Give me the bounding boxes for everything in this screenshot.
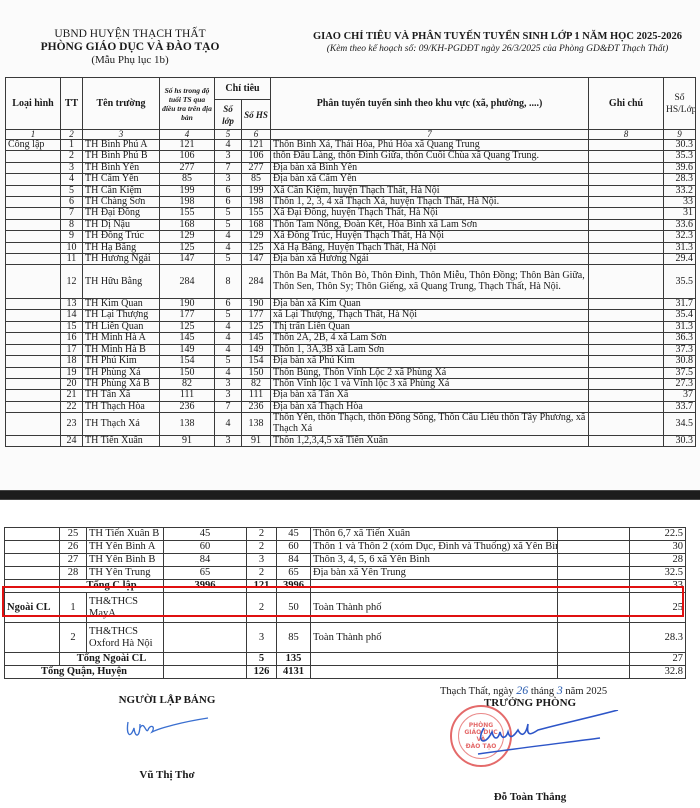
grand-total-row: Tổng Quận, Huyện126413132.8 <box>5 666 686 679</box>
school-name: TH Bình Phú B <box>83 151 160 162</box>
school-type-cell <box>5 554 60 567</box>
surveyed-count: 111 <box>160 390 215 401</box>
note-cell <box>589 435 664 446</box>
school-name: TH Hữu Bằng <box>83 265 160 299</box>
class-count: 4 <box>215 140 242 151</box>
student-quota: 82 <box>242 378 271 389</box>
surveyed-count <box>164 593 247 623</box>
school-type-cell <box>6 185 61 196</box>
col-header-note: Ghi chú <box>589 78 664 130</box>
student-quota: 111 <box>242 390 271 401</box>
document-subtitle: (Kèm theo kế hoạch số: 09/KH-PGDĐT ngày … <box>305 43 690 56</box>
surveyed-count: 138 <box>160 413 215 435</box>
school-type-cell <box>5 653 60 666</box>
student-quota: 190 <box>242 299 271 310</box>
school-type-cell <box>6 242 61 253</box>
class-count: 3 <box>215 151 242 162</box>
table-row: 7TH Đại Đồng1555155Xã Đại Đồng, huyện Th… <box>6 208 696 219</box>
enrollment-zone <box>311 666 558 679</box>
student-quota: 168 <box>242 219 271 230</box>
surveyed-count: 277 <box>160 162 215 173</box>
student-quota: 198 <box>242 197 271 208</box>
school-type-cell <box>5 623 60 653</box>
enrollment-zone: xã Lại Thượng, Thạch Thất, Hà Nội <box>271 310 589 321</box>
column-index-cell: 6 <box>242 130 271 140</box>
student-quota: 50 <box>277 593 311 623</box>
surveyed-count: 198 <box>160 197 215 208</box>
document-page-2: 25TH Tiến Xuân B45245Thôn 6,7 xã Tiến Xu… <box>0 500 700 808</box>
total-per-class: 27 <box>630 653 686 666</box>
students-per-class: 25 <box>630 593 686 623</box>
class-count: 2 <box>247 541 277 554</box>
issuer-parent-org: UBND HUYỆN THẠCH THẤT <box>30 28 230 41</box>
note-cell <box>589 197 664 208</box>
school-name: TH Tân Xã <box>83 390 160 401</box>
surveyed-count: 65 <box>164 567 247 580</box>
school-type-cell <box>6 344 61 355</box>
table-row: 17TH Minh Hà B1494149Thôn 1, 3A,3B xã La… <box>6 344 696 355</box>
surveyed-count: 45 <box>164 528 247 541</box>
table-row: 28TH Yên Trung65265Địa bàn xã Yên Trung3… <box>5 567 686 580</box>
class-count: 2 <box>247 593 277 623</box>
date-month: 3 <box>557 683 563 697</box>
school-name: TH Phú Kim <box>83 356 160 367</box>
table-row: 27TH Yên Bình B84384Thôn 3, 4, 5, 6 xã Y… <box>5 554 686 567</box>
surveyed-count: 82 <box>160 378 215 389</box>
enrollment-zone: Thôn Yên, thôn Thạch, thôn Đồng Sống, Th… <box>271 413 589 435</box>
school-type-cell: Ngoài CL <box>5 593 60 623</box>
total-classes: 126 <box>247 666 277 679</box>
students-per-class: 37.3 <box>664 344 696 355</box>
school-name: TH Tiến Xuân <box>83 435 160 446</box>
school-name: TH Thạch Xá <box>83 413 160 435</box>
form-label: (Mẫu Phụ lục 1b) <box>30 54 230 67</box>
total-students: 135 <box>277 653 311 666</box>
school-name: TH&THCSMayA <box>87 593 164 623</box>
enrollment-zone: Địa bàn xã Phú Kim <box>271 356 589 367</box>
surveyed-count: 121 <box>160 140 215 151</box>
table-row: 25TH Tiến Xuân B45245Thôn 6,7 xã Tiến Xu… <box>5 528 686 541</box>
student-quota: 177 <box>242 310 271 321</box>
students-per-class: 30.3 <box>664 435 696 446</box>
row-number: 6 <box>61 197 83 208</box>
enrollment-zone: Xã Đại Đồng, huyện Thạch Thất, Hà Nội <box>271 208 589 219</box>
note-cell <box>558 567 630 580</box>
col-header-type: Loại hình <box>6 78 61 130</box>
students-per-class: 22.5 <box>630 528 686 541</box>
document-page-1: UBND HUYỆN THẠCH THẤT PHÒNG GIÁO DỤC VÀ … <box>0 0 700 490</box>
note-cell <box>558 653 630 666</box>
students-per-class: 33.2 <box>664 185 696 196</box>
issuer-org: PHÒNG GIÁO DỤC VÀ ĐÀO TẠO <box>30 41 230 54</box>
school-name: TH Minh Hà A <box>83 333 160 344</box>
class-count: 7 <box>215 401 242 412</box>
col-header-school: Tên trường <box>83 78 160 130</box>
school-type-cell <box>6 356 61 367</box>
enrollment-zone: Thôn Bùng, Thôn Vĩnh Lộc 2 xã Phùng Xá <box>271 367 589 378</box>
student-quota: 155 <box>242 208 271 219</box>
students-per-class: 35.3 <box>664 151 696 162</box>
head-role: TRƯỞNG PHÒNG <box>400 697 660 709</box>
date-day: 26 <box>516 683 528 697</box>
class-count: 2 <box>247 567 277 580</box>
enrollment-zone: Địa bàn xã Kim Quan <box>271 299 589 310</box>
note-cell <box>589 219 664 230</box>
row-number: 16 <box>61 333 83 344</box>
row-number: 15 <box>61 321 83 332</box>
enrollment-zone: Toàn Thành phố <box>311 623 558 653</box>
subtotal-surveyed: 3996 <box>164 580 247 593</box>
enrollment-zone: Thôn 1, 2, 3, 4 xã Thạch Xá, huyện Thạch… <box>271 197 589 208</box>
class-count: 4 <box>215 413 242 435</box>
surveyed-count: 199 <box>160 185 215 196</box>
preparer-signature-icon <box>122 714 212 744</box>
class-count: 4 <box>215 242 242 253</box>
col-header-surveyed: Số hs trong độ tuổi TS qua điều tra trên… <box>160 78 215 130</box>
surveyed-count: 177 <box>160 310 215 321</box>
signature-head: Thạch Thất, ngày 26 tháng 3 năm 2025 TRƯ… <box>400 683 660 709</box>
surveyed-count: 85 <box>160 174 215 185</box>
note-cell <box>558 593 630 623</box>
school-type-cell <box>6 208 61 219</box>
row-number: 7 <box>61 208 83 219</box>
note-cell <box>589 401 664 412</box>
document-title-block: GIAO CHỈ TIÊU VÀ PHÂN TUYẾN TUYỂN SINH L… <box>305 30 690 56</box>
enrollment-zone: Toàn Thành phố <box>311 593 558 623</box>
school-type-cell: Công lập <box>6 140 61 151</box>
enrollment-zone: Thôn Vĩnh lộc 1 và Vĩnh lộc 3 xã Phùng X… <box>271 378 589 389</box>
student-quota: 138 <box>242 413 271 435</box>
student-quota: 199 <box>242 185 271 196</box>
total-students: 4131 <box>277 666 311 679</box>
school-type-cell <box>6 231 61 242</box>
school-name: TH Đồng Trúc <box>83 231 160 242</box>
school-type-cell <box>6 367 61 378</box>
class-count: 3 <box>215 174 242 185</box>
enrollment-zone: Thôn Bình Xá, Thái Hòa, Phú Hòa xã Quang… <box>271 140 589 151</box>
enrollment-zone: Thôn 1 và Thôn 2 (xóm Dục, Đình và Thuốn… <box>311 541 558 554</box>
column-index-cell: 1 <box>6 130 61 140</box>
school-type-cell <box>5 580 60 593</box>
column-index-cell: 8 <box>589 130 664 140</box>
surveyed-count <box>164 653 247 666</box>
school-type-cell <box>6 197 61 208</box>
students-per-class: 33.6 <box>664 219 696 230</box>
note-cell <box>589 310 664 321</box>
row-number: 28 <box>60 567 87 580</box>
class-count: 5 <box>215 254 242 265</box>
student-quota: 125 <box>242 242 271 253</box>
students-per-class: 34.5 <box>664 413 696 435</box>
students-per-class: 35.5 <box>664 265 696 299</box>
total-per-class: 32.8 <box>630 666 686 679</box>
school-name: TH Thạch Hòa <box>83 401 160 412</box>
school-name: TH Chàng Sơn <box>83 197 160 208</box>
class-count: 6 <box>215 197 242 208</box>
table-row-highlighted: Ngoài CL1TH&THCSMayA250Toàn Thành phố25 <box>5 593 686 623</box>
school-name: TH Phùng Xá <box>83 367 160 378</box>
table-row: 10TH Hạ Bằng1254125Xã Hạ Bằng, Huyện Thạ… <box>6 242 696 253</box>
enrollment-zone: Địa bàn xã Tân Xã <box>271 390 589 401</box>
col-header-classes: Số lớp <box>215 100 242 130</box>
note-cell <box>589 356 664 367</box>
note-cell <box>589 140 664 151</box>
school-type-cell <box>5 541 60 554</box>
students-per-class: 36.3 <box>664 333 696 344</box>
row-number: 12 <box>61 265 83 299</box>
row-number: 9 <box>61 231 83 242</box>
document-title: GIAO CHỈ TIÊU VÀ PHÂN TUYẾN TUYỂN SINH L… <box>305 30 690 43</box>
surveyed-count: 284 <box>160 265 215 299</box>
school-name: TH Liên Quan <box>83 321 160 332</box>
table-row: 22TH Thạch Hòa2367236Địa bàn xã Thạch Hò… <box>6 401 696 412</box>
subtotal-per-class: 33 <box>630 580 686 593</box>
class-count: 6 <box>215 299 242 310</box>
row-number: 8 <box>61 219 83 230</box>
school-type-cell <box>6 378 61 389</box>
surveyed-count: 60 <box>164 541 247 554</box>
quota-table: Loại hình TT Tên trường Số hs trong độ t… <box>5 77 696 447</box>
note-cell <box>558 554 630 567</box>
note-cell <box>558 541 630 554</box>
row-number: 1 <box>61 140 83 151</box>
school-name: TH Dị Nậu <box>83 219 160 230</box>
note-cell <box>589 265 664 299</box>
students-per-class: 39.6 <box>664 162 696 173</box>
students-per-class: 30 <box>630 541 686 554</box>
class-count: 4 <box>215 321 242 332</box>
note-cell <box>589 299 664 310</box>
table-row: 11TH Hương Ngải1475147Địa bàn xã Hương N… <box>6 254 696 265</box>
class-count: 8 <box>215 265 242 299</box>
class-count: 4 <box>215 231 242 242</box>
row-number: 2 <box>61 151 83 162</box>
note-cell <box>558 528 630 541</box>
subtotal-label: Tổng C.lập <box>60 580 164 593</box>
table-row: 3TH Bình Yên2777277Địa bàn xã Bình Yên39… <box>6 162 696 173</box>
class-count: 6 <box>215 185 242 196</box>
signing-date: Thạch Thất, ngày 26 tháng 3 năm 2025 <box>400 683 660 698</box>
head-signature-icon <box>470 710 620 760</box>
row-number: 23 <box>61 413 83 435</box>
table-row: 15TH Liên Quan1254125Thị trấn Liên Quan3… <box>6 321 696 332</box>
student-quota: 236 <box>242 401 271 412</box>
total-label: Tổng Ngoài CL <box>60 653 164 666</box>
note-cell <box>589 367 664 378</box>
surveyed-count: 154 <box>160 356 215 367</box>
column-index-row: 123456789 <box>6 130 696 140</box>
enrollment-zone: Xã Cần Kiệm, huyện Thạch Thất, Hà Nội <box>271 185 589 196</box>
note-cell <box>589 242 664 253</box>
col-header-no: TT <box>61 78 83 130</box>
class-count: 3 <box>247 623 277 653</box>
school-name-line: Oxford Hà Nội <box>89 638 161 650</box>
school-type-cell <box>6 299 61 310</box>
school-type-cell <box>6 310 61 321</box>
note-cell <box>589 151 664 162</box>
surveyed-count: 91 <box>160 435 215 446</box>
note-cell <box>589 185 664 196</box>
surveyed-count: 106 <box>160 151 215 162</box>
note-cell <box>589 390 664 401</box>
school-type-cell <box>6 401 61 412</box>
enrollment-zone: Địa bàn xã Bình Yên <box>271 162 589 173</box>
row-number: 19 <box>61 367 83 378</box>
enrollment-zone: Xã Đồng Trúc, Huyện Thạch Thất, Hà Nội <box>271 231 589 242</box>
surveyed-count <box>164 623 247 653</box>
surveyed-count: 190 <box>160 299 215 310</box>
table-row: 2TH Bình Phú B1063106thôn Đầu Làng, thôn… <box>6 151 696 162</box>
student-quota: 125 <box>242 321 271 332</box>
class-count: 3 <box>247 554 277 567</box>
table-row: 20TH Phùng Xá B82382Thôn Vĩnh lộc 1 và V… <box>6 378 696 389</box>
enrollment-zone <box>311 580 558 593</box>
table-row: 16TH Minh Hà A1454145Thôn 2A, 2B, 4 xã L… <box>6 333 696 344</box>
enrollment-zone: Thôn 1, 3A,3B xã Lam Sơn <box>271 344 589 355</box>
students-per-class: 28 <box>630 554 686 567</box>
school-type-cell <box>6 333 61 344</box>
surveyed-count: 150 <box>160 367 215 378</box>
school-name-line: TH&THCS <box>89 626 161 638</box>
quota-table-continued: 25TH Tiến Xuân B45245Thôn 6,7 xã Tiến Xu… <box>4 527 686 679</box>
note-cell <box>589 344 664 355</box>
class-count: 5 <box>215 208 242 219</box>
school-name: TH Tiến Xuân B <box>87 528 164 541</box>
class-count: 3 <box>215 378 242 389</box>
enrollment-zone: Thôn 1,2,3,4,5 xã Tiến Xuân <box>271 435 589 446</box>
school-type-cell <box>6 435 61 446</box>
enrollment-zone: Thôn 3, 4, 5, 6 xã Yên Bình <box>311 554 558 567</box>
enrollment-zone: thôn Đầu Làng, thôn Đình Giữa, thôn Cuối… <box>271 151 589 162</box>
student-quota: 147 <box>242 254 271 265</box>
students-per-class: 31 <box>664 208 696 219</box>
enrollment-zone: Địa bàn xã Thạch Hòa <box>271 401 589 412</box>
school-name: TH Hương Ngải <box>83 254 160 265</box>
students-per-class: 30.3 <box>664 140 696 151</box>
school-type-cell <box>6 174 61 185</box>
school-name: TH Bình Yên <box>83 162 160 173</box>
school-name: TH&THCSOxford Hà Nội <box>87 623 164 653</box>
table-row: 8TH Dị Nậu1685168Thôn Tam Nông, Đoàn Kết… <box>6 219 696 230</box>
students-per-class: 32.5 <box>630 567 686 580</box>
enrollment-zone: Địa bàn xã Hương Ngải <box>271 254 589 265</box>
preparer-role: NGƯỜI LẬP BẢNG <box>92 694 242 706</box>
school-name: TH Lại Thượng <box>83 310 160 321</box>
table-row: 18TH Phú Kim1545154Địa bàn xã Phú Kim30.… <box>6 356 696 367</box>
surveyed-count: 129 <box>160 231 215 242</box>
students-per-class: 37 <box>664 390 696 401</box>
class-count: 4 <box>215 333 242 344</box>
row-number: 3 <box>61 162 83 173</box>
col-header-students: Số HS <box>242 100 271 130</box>
note-cell <box>589 333 664 344</box>
column-index-cell: 2 <box>61 130 83 140</box>
enrollment-zone <box>311 653 558 666</box>
table-row: 19TH Phùng Xá1504150Thôn Bùng, Thôn Vĩnh… <box>6 367 696 378</box>
subtotal-private-row: Tổng Ngoài CL513527 <box>5 653 686 666</box>
school-name-line: MayA <box>89 608 161 620</box>
note-cell <box>589 208 664 219</box>
student-quota: 154 <box>242 356 271 367</box>
subtotal-classes: 121 <box>247 580 277 593</box>
enrollment-zone: Thị trấn Liên Quan <box>271 321 589 332</box>
column-index-cell: 4 <box>160 130 215 140</box>
school-type-cell <box>5 567 60 580</box>
table-row: 13TH Kim Quan1906190Địa bàn xã Kim Quan3… <box>6 299 696 310</box>
surveyed-count: 168 <box>160 219 215 230</box>
students-per-class: 28.3 <box>664 174 696 185</box>
school-type-cell <box>6 151 61 162</box>
table-row: 2TH&THCSOxford Hà Nội385Toàn Thành phố28… <box>5 623 686 653</box>
students-per-class: 37.5 <box>664 367 696 378</box>
school-name: TH Minh Hà B <box>83 344 160 355</box>
row-number: 17 <box>61 344 83 355</box>
enrollment-zone: Địa bàn xã Yên Trung <box>311 567 558 580</box>
row-number: 24 <box>61 435 83 446</box>
class-count: 5 <box>215 219 242 230</box>
row-number: 11 <box>61 254 83 265</box>
table-row: 14TH Lại Thượng1775177xã Lại Thượng, Thạ… <box>6 310 696 321</box>
surveyed-count: 125 <box>160 242 215 253</box>
student-quota: 45 <box>277 528 311 541</box>
school-name: TH Cẩm Yên <box>83 174 160 185</box>
surveyed-count: 147 <box>160 254 215 265</box>
student-quota: 284 <box>242 265 271 299</box>
column-index-cell: 5 <box>215 130 242 140</box>
column-index-cell: 9 <box>664 130 696 140</box>
school-name: TH Bình Phú A <box>83 140 160 151</box>
student-quota: 145 <box>242 333 271 344</box>
table-row: 23TH Thạch Xá1384138Thôn Yên, thôn Thạch… <box>6 413 696 435</box>
preparer-name: Vũ Thị Thơ <box>92 769 242 781</box>
surveyed-count: 236 <box>160 401 215 412</box>
class-count: 5 <box>215 356 242 367</box>
student-quota: 65 <box>277 567 311 580</box>
note-cell <box>589 162 664 173</box>
students-per-class: 31.3 <box>664 321 696 332</box>
class-count: 2 <box>247 528 277 541</box>
class-count: 5 <box>215 310 242 321</box>
total-label: Tổng Quận, Huyện <box>5 666 164 679</box>
surveyed-count: 125 <box>160 321 215 332</box>
col-header-per-class: Số HS/Lớp <box>664 78 696 130</box>
student-quota: 277 <box>242 162 271 173</box>
students-per-class: 30.8 <box>664 356 696 367</box>
class-count: 7 <box>215 162 242 173</box>
students-per-class: 33.7 <box>664 401 696 412</box>
row-number: 13 <box>61 299 83 310</box>
head-name: Đỗ Toàn Thắng <box>400 791 660 803</box>
row-number: 14 <box>61 310 83 321</box>
student-quota: 106 <box>242 151 271 162</box>
note-cell <box>589 413 664 435</box>
col-header-zone: Phân tuyến tuyển sinh theo khu vực (xã, … <box>271 78 589 130</box>
table-row: 5TH Cần Kiệm1996199Xã Cần Kiệm, huyện Th… <box>6 185 696 196</box>
school-type-cell <box>5 528 60 541</box>
student-quota: 149 <box>242 344 271 355</box>
surveyed-count: 84 <box>164 554 247 567</box>
students-per-class: 35.4 <box>664 310 696 321</box>
school-name: TH Hạ Bằng <box>83 242 160 253</box>
students-per-class: 29.4 <box>664 254 696 265</box>
enrollment-zone: Thôn 2A, 2B, 4 xã Lam Sơn <box>271 333 589 344</box>
student-quota: 91 <box>242 435 271 446</box>
table-row: 6TH Chàng Sơn1986198Thôn 1, 2, 3, 4 xã T… <box>6 197 696 208</box>
school-name: TH Kim Quan <box>83 299 160 310</box>
surveyed-count: 155 <box>160 208 215 219</box>
surveyed-count: 149 <box>160 344 215 355</box>
table-row: 4TH Cẩm Yên85385Địa bàn xã Cẩm Yên28.3 <box>6 174 696 185</box>
